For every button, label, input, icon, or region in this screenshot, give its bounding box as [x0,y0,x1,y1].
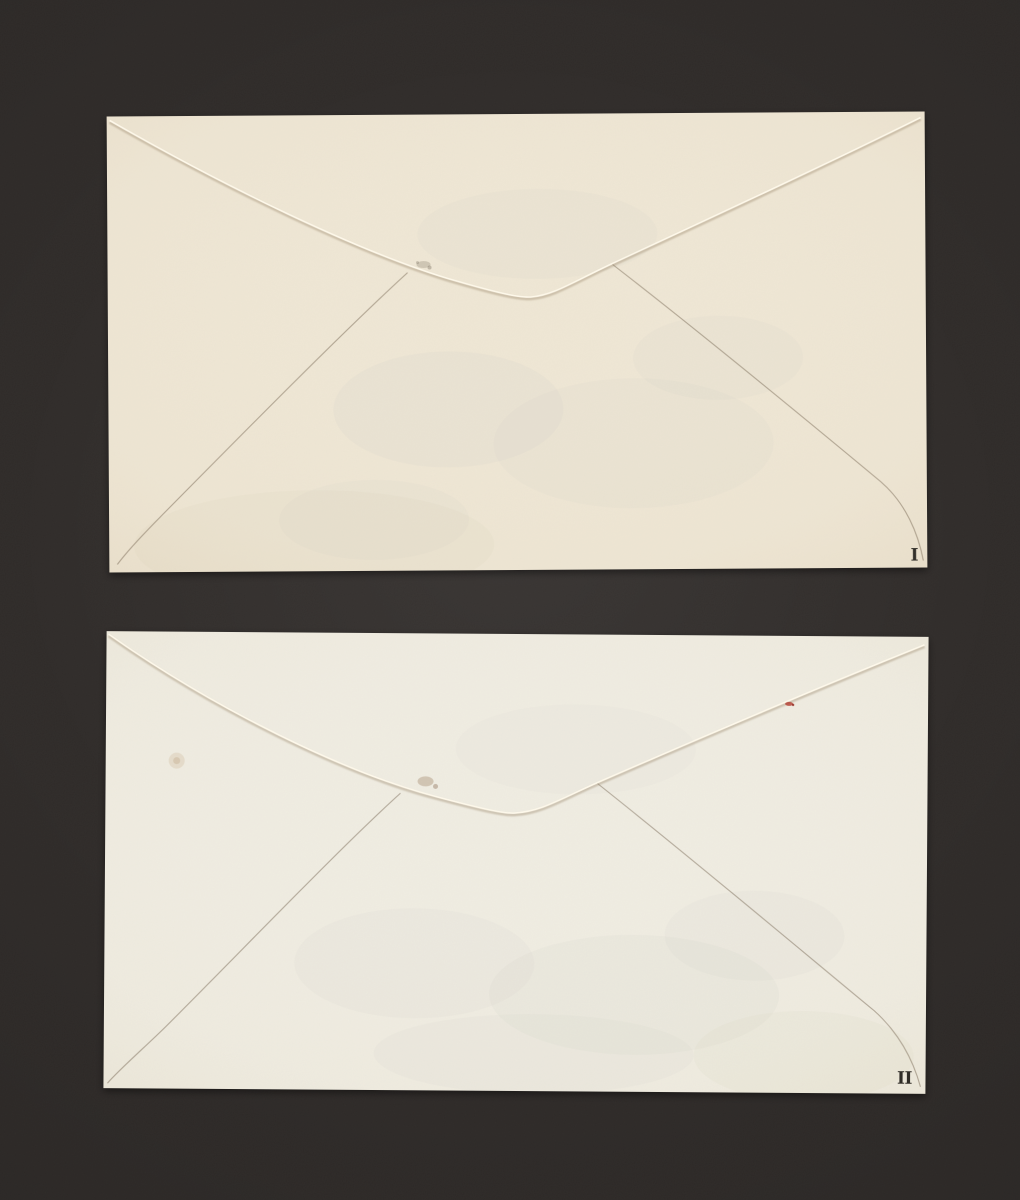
envelope-1-numeral: I [911,546,919,566]
envelope-2: II [103,631,928,1094]
album-page-photo: I [0,0,1020,1200]
envelope-1: I [107,112,928,573]
envelope-2-graphic: II [103,631,928,1094]
envelope-1-graphic: I [107,112,928,573]
envelope-2-numeral: II [897,1069,913,1089]
